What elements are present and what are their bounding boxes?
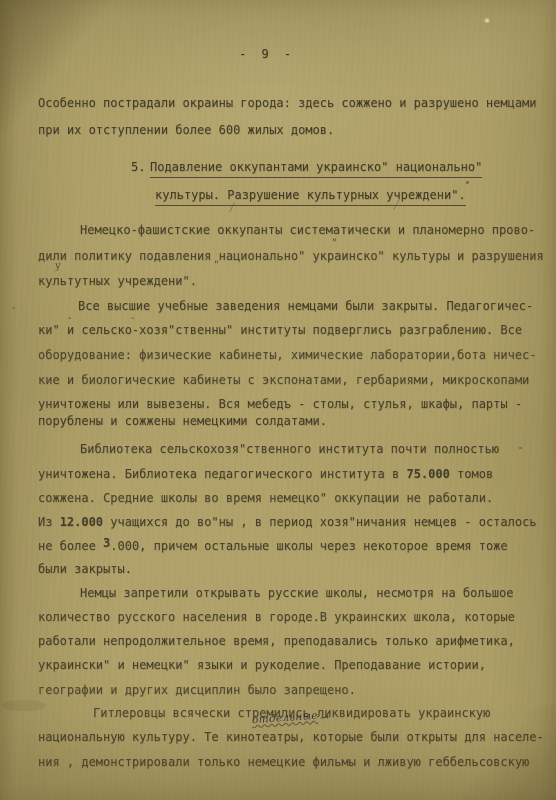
intro-line: Особенно пострадали окраины города: здес… <box>38 96 537 110</box>
body-line: оборудование: физические кабинеты, химич… <box>38 348 537 362</box>
body-line: порублены и сожжены немецкими солдатами. <box>38 414 327 428</box>
body-line: работали непродолжительное время, препод… <box>38 634 515 648</box>
text-segment: уничтожена. Библиотека педагогического и… <box>38 467 406 481</box>
handwritten-margin-dash: - <box>12 303 15 314</box>
scan-corner-shadow <box>0 0 110 140</box>
body-line: Все высшие учебные заведения немцами был… <box>78 299 533 313</box>
document-page: - 9 - Особенно пострадали окраины города… <box>0 0 556 800</box>
body-line: географии и других дисциплин было запрещ… <box>38 683 356 697</box>
body-line: Библиотека сельскохозя"ственного институ… <box>80 442 499 456</box>
paper-speck <box>466 181 469 184</box>
body-line: сожжена. Средние школы во время немецко"… <box>38 491 493 505</box>
body-line: уничтожена. Библиотека педагогического и… <box>38 467 493 481</box>
body-line: ки" и сельско-хозя"ственны" институты по… <box>38 323 522 337</box>
text-segment: не более <box>38 539 103 553</box>
body-line: дили политику подавления национально" ук… <box>38 249 544 263</box>
text-segment: томов <box>450 467 493 481</box>
body-line: были закрыты. <box>38 562 132 576</box>
text-segment: 3 <box>103 536 110 550</box>
body-line: культутных учреждени". <box>38 274 197 288</box>
body-line: уничтожены или вывезены. Вся мебедъ - ст… <box>38 397 522 411</box>
section-title-line: Подавление оккупантами украинско" национ… <box>150 160 482 178</box>
body-line: кие и биологические кабинеты с экспоната… <box>38 373 529 387</box>
body-line: украински" и немецки" языки и рукоделие.… <box>38 658 486 672</box>
intro-line: при их отступлении более 600 жилых домов… <box>38 123 334 137</box>
page-number: - 9 - <box>239 47 295 61</box>
text-segment: учащихся до во"ны , в период хозя"ничани… <box>103 515 536 529</box>
body-line: Из 12.000 учащихся до во"ны , в период х… <box>38 515 537 529</box>
body-line: ния , демонстрировали только немецкие фи… <box>38 755 529 769</box>
body-line: количество русского населения в городе.В… <box>38 610 515 624</box>
body-line: не более 3.000, причем остальные школы ч… <box>38 539 508 553</box>
text-segment: 12.000 <box>60 515 103 529</box>
body-line: Гитлеровцы всячески стремились ликвидиро… <box>93 706 490 720</box>
handwritten-quote-mark: " <box>332 238 337 249</box>
body-line: национальную культуру. Те кинотеатры, ко… <box>38 730 544 744</box>
section-title-line: культуры. Разрушение культурных учрежден… <box>155 188 466 206</box>
text-segment: .000, причем остальные школы через некот… <box>110 539 507 553</box>
section-number: 5. <box>131 160 145 174</box>
text-segment: Из <box>38 515 60 529</box>
body-line: Немецко-фашистские оккупанты систематиче… <box>80 223 535 237</box>
paper-speck <box>519 447 522 449</box>
paper-smudge <box>2 700 46 711</box>
text-segment: 75.000 <box>406 467 449 481</box>
paper-speck <box>484 18 490 23</box>
body-line: Немцы запретили открывать русские школы,… <box>80 586 513 600</box>
